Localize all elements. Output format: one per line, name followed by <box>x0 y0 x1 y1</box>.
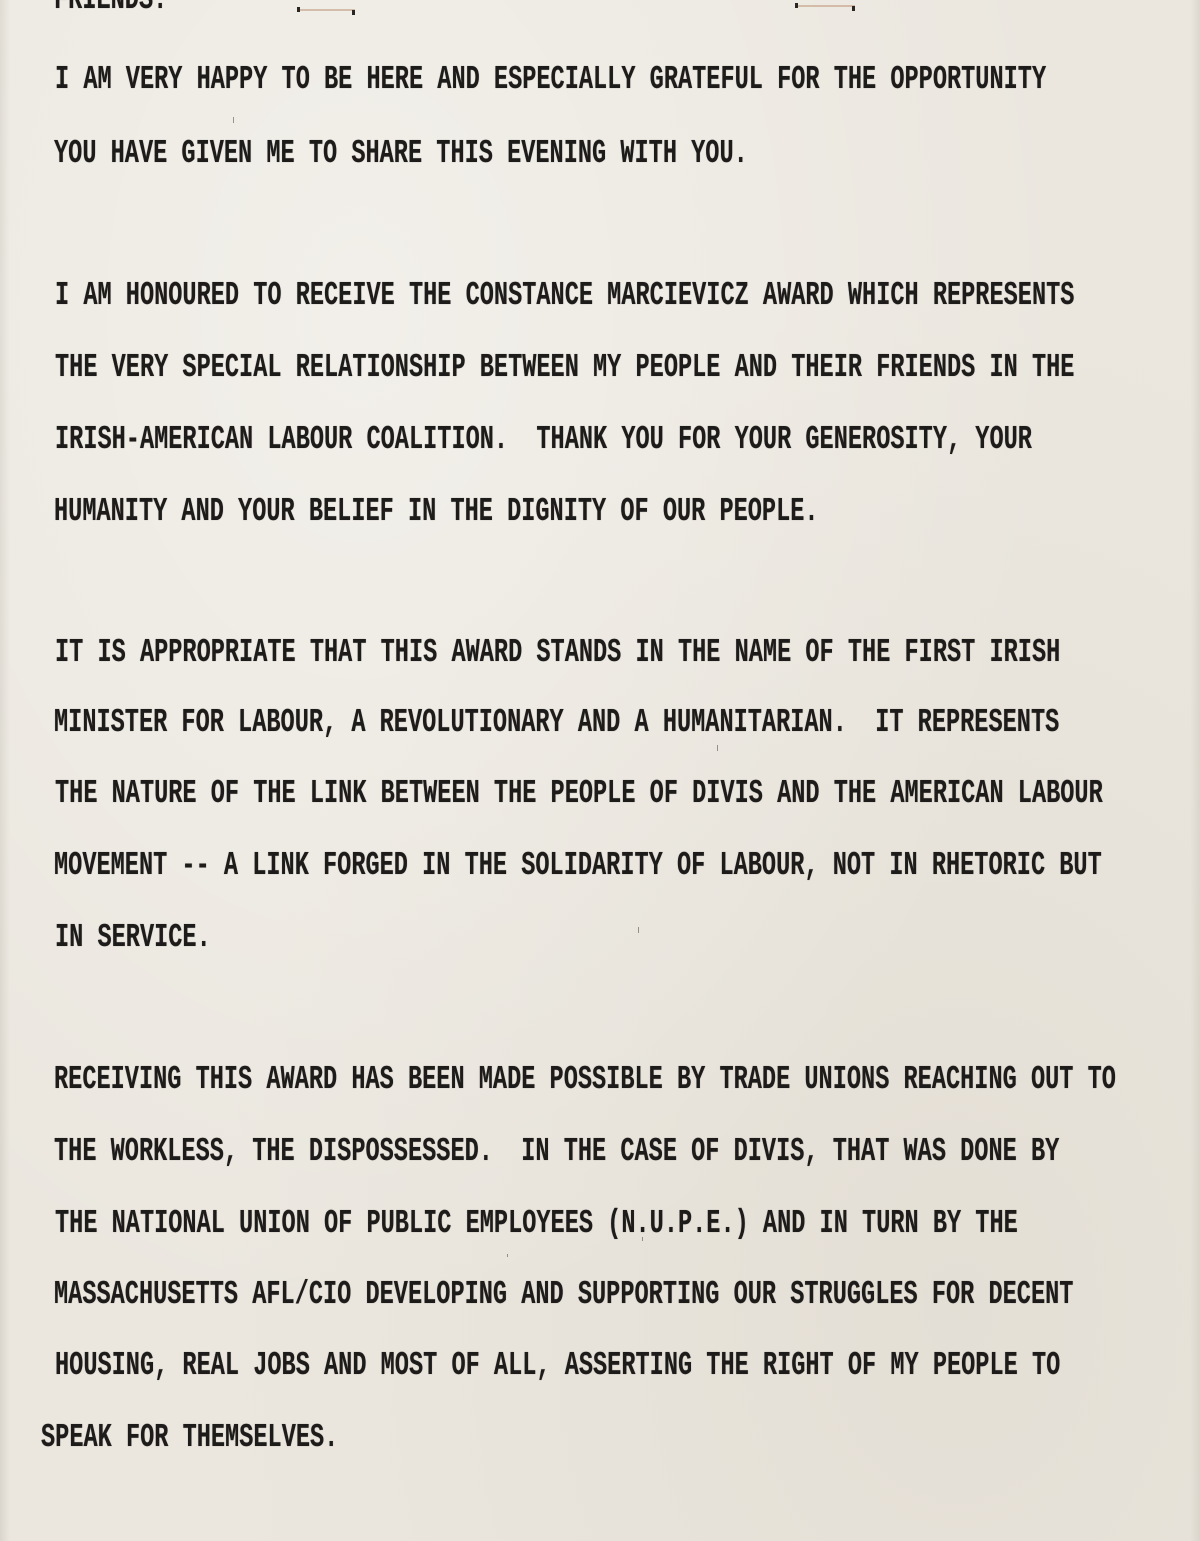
paragraph-4-line-1: RECEIVING THIS AWARD HAS BEEN MADE POSSI… <box>54 1064 1116 1098</box>
typed-document-page: FRIENDS: I AM VERY HAPPY TO BE HERE AND … <box>0 0 1200 1541</box>
paper-speck <box>638 927 639 933</box>
paper-speck <box>507 1254 508 1257</box>
paragraph-3-line-5: IN SERVICE. <box>55 922 211 956</box>
tab-stop-mark <box>795 5 855 7</box>
salutation: FRIENDS: <box>54 0 167 18</box>
paper-speck <box>717 745 718 751</box>
paragraph-2-line-2: THE VERY SPECIAL RELATIONSHIP BETWEEN MY… <box>55 352 1074 386</box>
paragraph-4-line-6: SPEAK FOR THEMSELVES. <box>41 1422 338 1456</box>
paragraph-2-line-1: I AM HONOURED TO RECEIVE THE CONSTANCE M… <box>55 280 1074 314</box>
paragraph-3-line-4: MOVEMENT -- A LINK FORGED IN THE SOLIDAR… <box>54 850 1102 884</box>
paragraph-1-line-2: YOU HAVE GIVEN ME TO SHARE THIS EVENING … <box>54 138 748 172</box>
paragraph-2-line-3: IRISH-AMERICAN LABOUR COALITION. THANK Y… <box>55 424 1032 458</box>
paragraph-3-line-3: THE NATURE OF THE LINK BETWEEN THE PEOPL… <box>55 778 1103 812</box>
paragraph-4-line-4: MASSACHUSETTS AFL/CIO DEVELOPING AND SUP… <box>54 1279 1073 1313</box>
paper-speck <box>233 117 234 123</box>
paragraph-4-line-5: HOUSING, REAL JOBS AND MOST OF ALL, ASSE… <box>55 1350 1060 1384</box>
paragraph-3-line-1: IT IS APPROPRIATE THAT THIS AWARD STANDS… <box>55 637 1060 671</box>
paper-speck <box>642 1237 643 1241</box>
paragraph-3-line-2: MINISTER FOR LABOUR, A REVOLUTIONARY AND… <box>54 707 1059 741</box>
tab-stop-mark <box>297 9 355 11</box>
paragraph-2-line-4: HUMANITY AND YOUR BELIEF IN THE DIGNITY … <box>54 496 819 530</box>
paragraph-4-line-3: THE NATIONAL UNION OF PUBLIC EMPLOYEES (… <box>55 1208 1018 1242</box>
paragraph-1-line-1: I AM VERY HAPPY TO BE HERE AND ESPECIALL… <box>55 64 1046 98</box>
paragraph-4-line-2: THE WORKLESS, THE DISPOSSESSED. IN THE C… <box>54 1136 1059 1170</box>
